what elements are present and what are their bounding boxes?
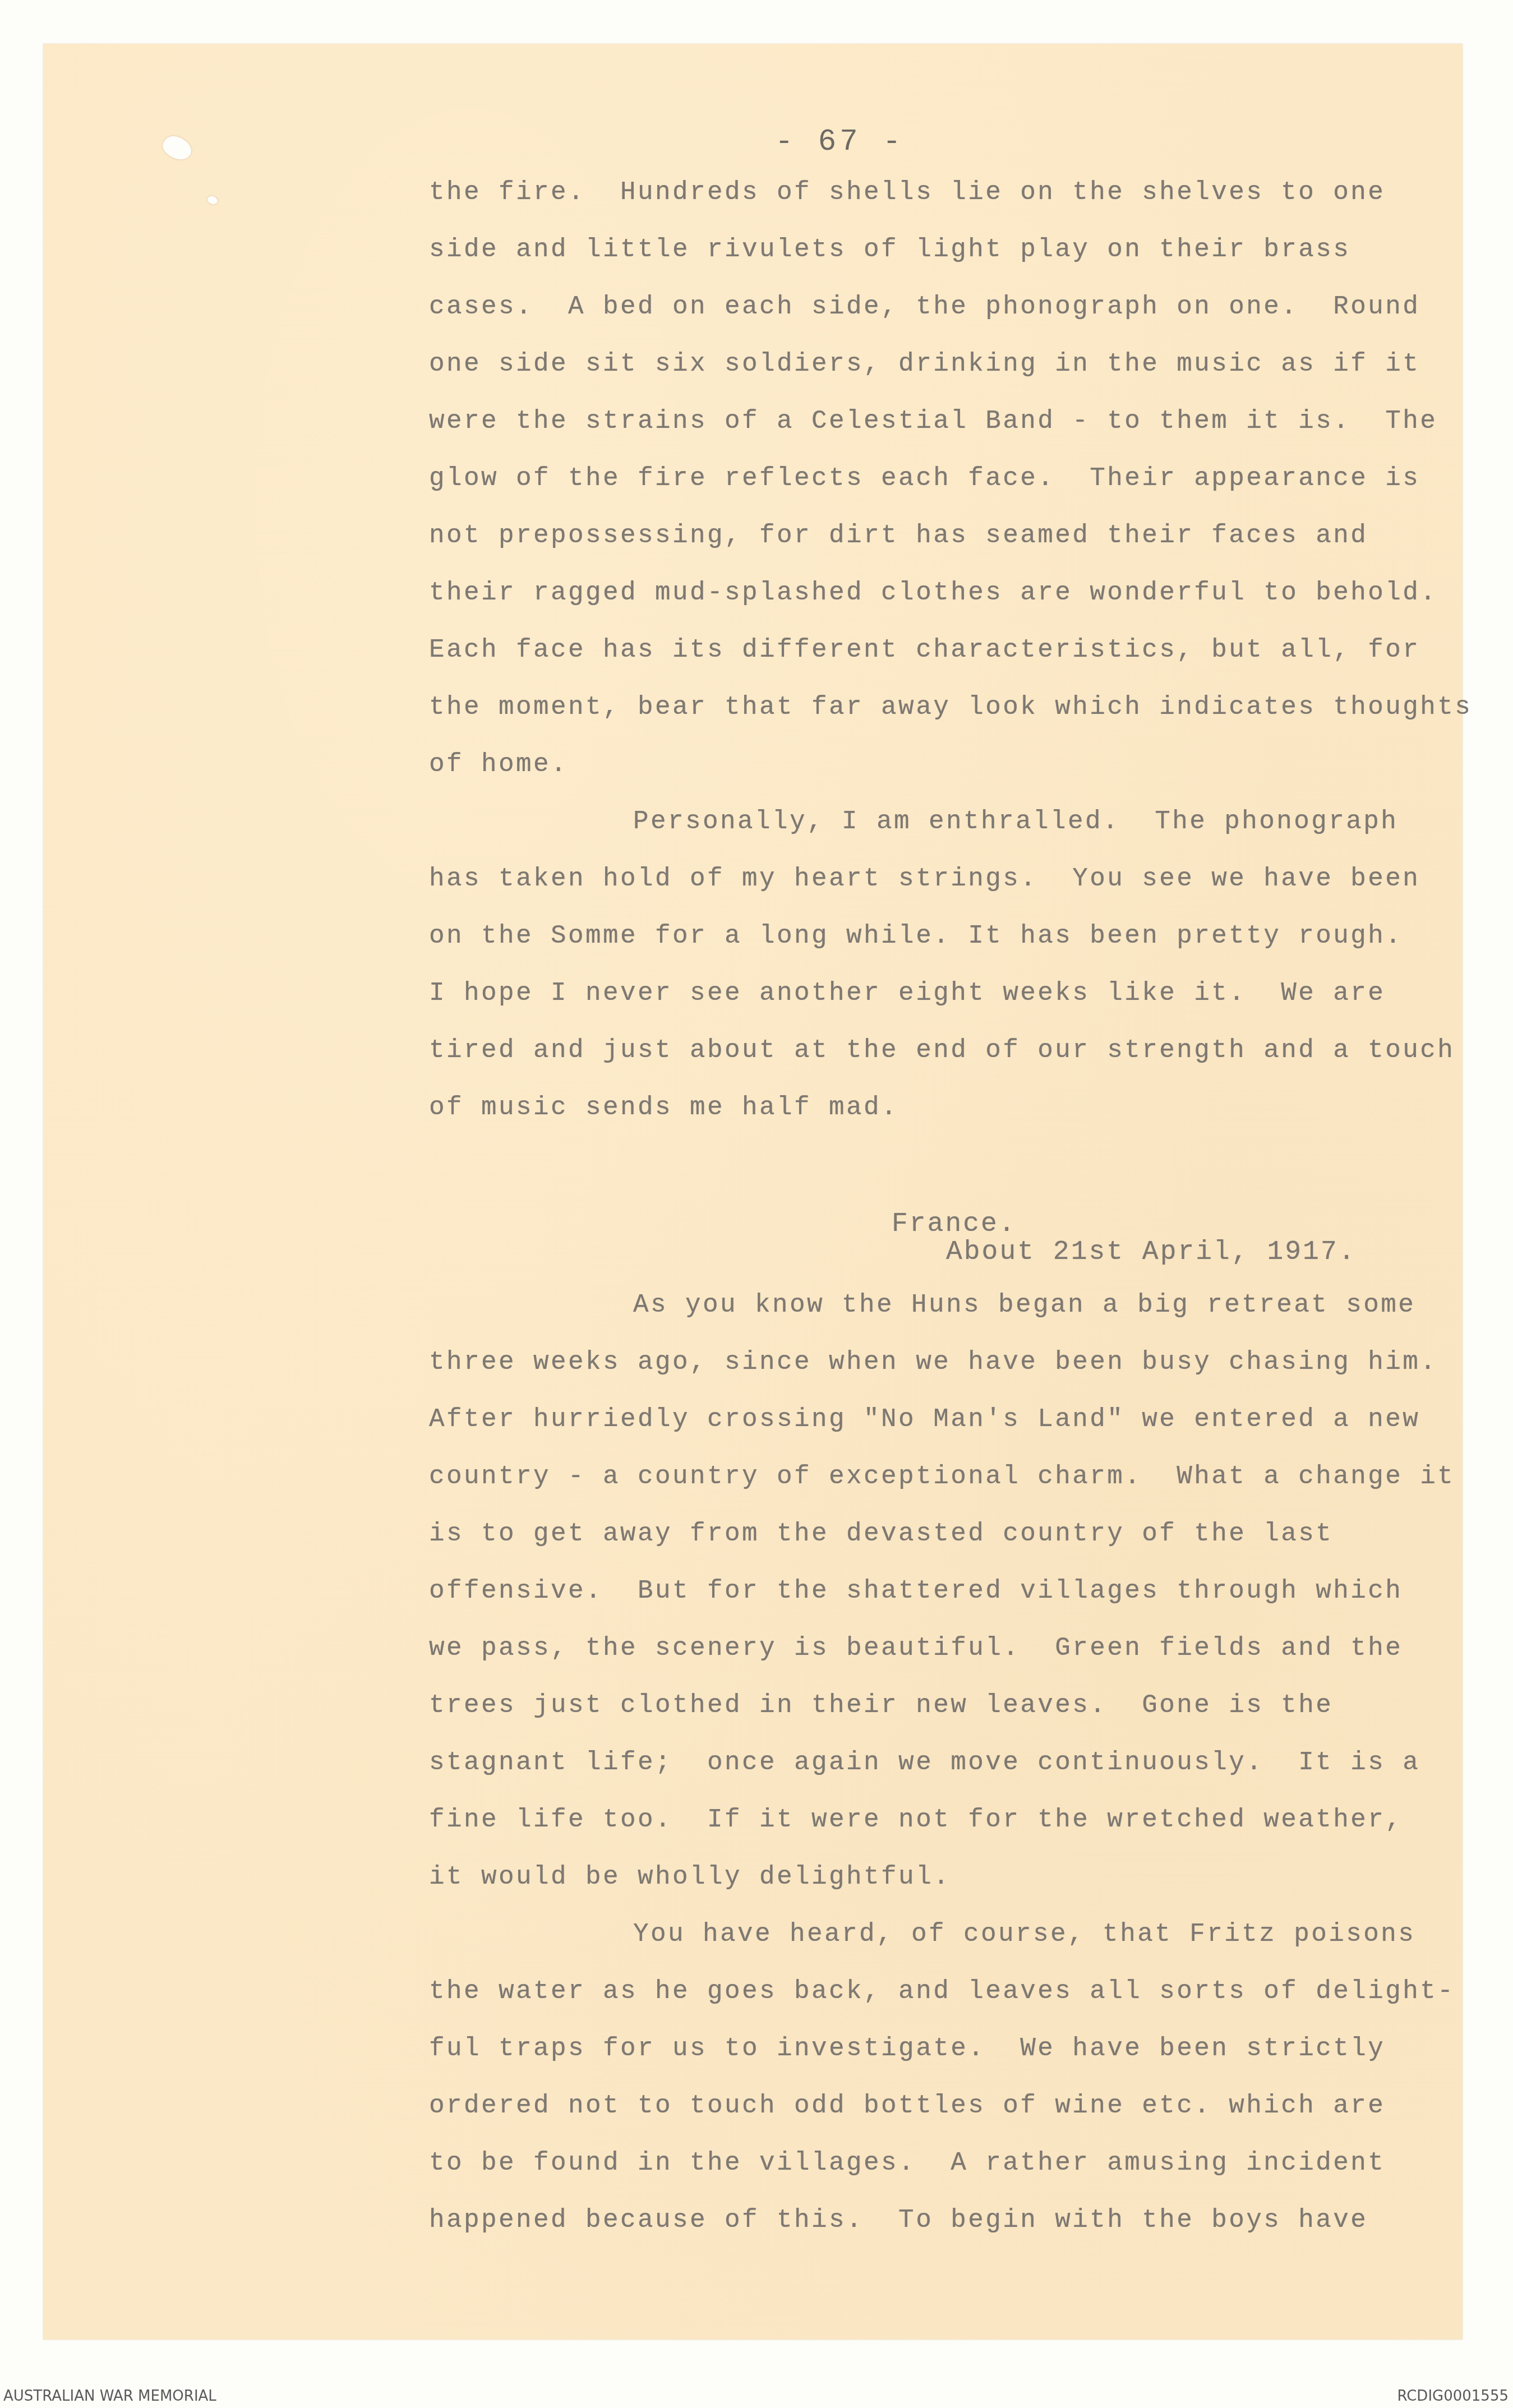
text-line: three weeks ago, since when we have been… [429, 1349, 1437, 1375]
text-line: we pass, the scenery is beautiful. Green… [429, 1635, 1403, 1661]
text-line: it would be wholly delightful. [429, 1864, 951, 1890]
text-line: of music sends me half mad. [429, 1095, 898, 1120]
text-line-indented: As you know the Huns began a big retreat… [633, 1292, 1415, 1318]
text-line: ordered not to touch odd bottles of wine… [429, 2093, 1385, 2119]
text-line: glow of the fire reflects each face. The… [429, 465, 1420, 491]
letter-heading-place: France. [892, 1209, 1017, 1239]
text-line: fine life too. If it were not for the wr… [429, 1807, 1403, 1833]
text-line: trees just clothed in their new leaves. … [429, 1692, 1333, 1718]
text-line: on the Somme for a long while. It has be… [429, 923, 1403, 949]
text-line-indented: You have heard, of course, that Fritz po… [633, 1921, 1415, 1947]
text-line: one side sit six soldiers, drinking in t… [429, 351, 1420, 377]
text-line: Each face has its different characterist… [429, 637, 1420, 663]
text-line: tired and just about at the end of our s… [429, 1037, 1455, 1063]
text-line: the fire. Hundreds of shells lie on the … [429, 179, 1385, 205]
text-line: is to get away from the devasted country… [429, 1521, 1333, 1547]
text-line: the water as he goes back, and leaves al… [429, 1978, 1455, 2004]
text-line: cases. A bed on each side, the phonograp… [429, 294, 1420, 320]
text-line: were the strains of a Celestial Band - t… [429, 408, 1437, 434]
archive-institution-label: AUSTRALIAN WAR MEMORIAL [3, 2388, 216, 2405]
page-number: - 67 - [43, 125, 1463, 159]
text-line: stagnant life; once again we move contin… [429, 1750, 1420, 1775]
punch-hole-mark-small [206, 194, 219, 206]
letter-heading-date: About 21st April, 1917. [946, 1237, 1357, 1267]
text-line: has taken hold of my heart strings. You … [429, 866, 1420, 892]
text-line: side and little rivulets of light play o… [429, 237, 1350, 262]
text-line: to be found in the villages. A rather am… [429, 2150, 1385, 2176]
archive-record-id: RCDIG0001555 [1397, 2388, 1509, 2405]
text-line: of home. [429, 751, 568, 777]
text-line: the moment, bear that far away look whic… [429, 694, 1472, 720]
text-line: happened because of this. To begin with … [429, 2207, 1368, 2233]
text-line: ful traps for us to investigate. We have… [429, 2036, 1385, 2061]
text-line: not prepossessing, for dirt has seamed t… [429, 523, 1368, 548]
text-line: After hurriedly crossing "No Man's Land"… [429, 1406, 1420, 1432]
document-page: - 67 - the fire. Hundreds of shells lie … [43, 44, 1463, 2340]
text-line: I hope I never see another eight weeks l… [429, 980, 1385, 1006]
text-line: country - a country of exceptional charm… [429, 1464, 1455, 1489]
text-line: their ragged mud-splashed clothes are wo… [429, 580, 1437, 606]
text-line-indented: Personally, I am enthralled. The phonogr… [633, 809, 1398, 834]
text-line: offensive. But for the shattered village… [429, 1578, 1403, 1604]
